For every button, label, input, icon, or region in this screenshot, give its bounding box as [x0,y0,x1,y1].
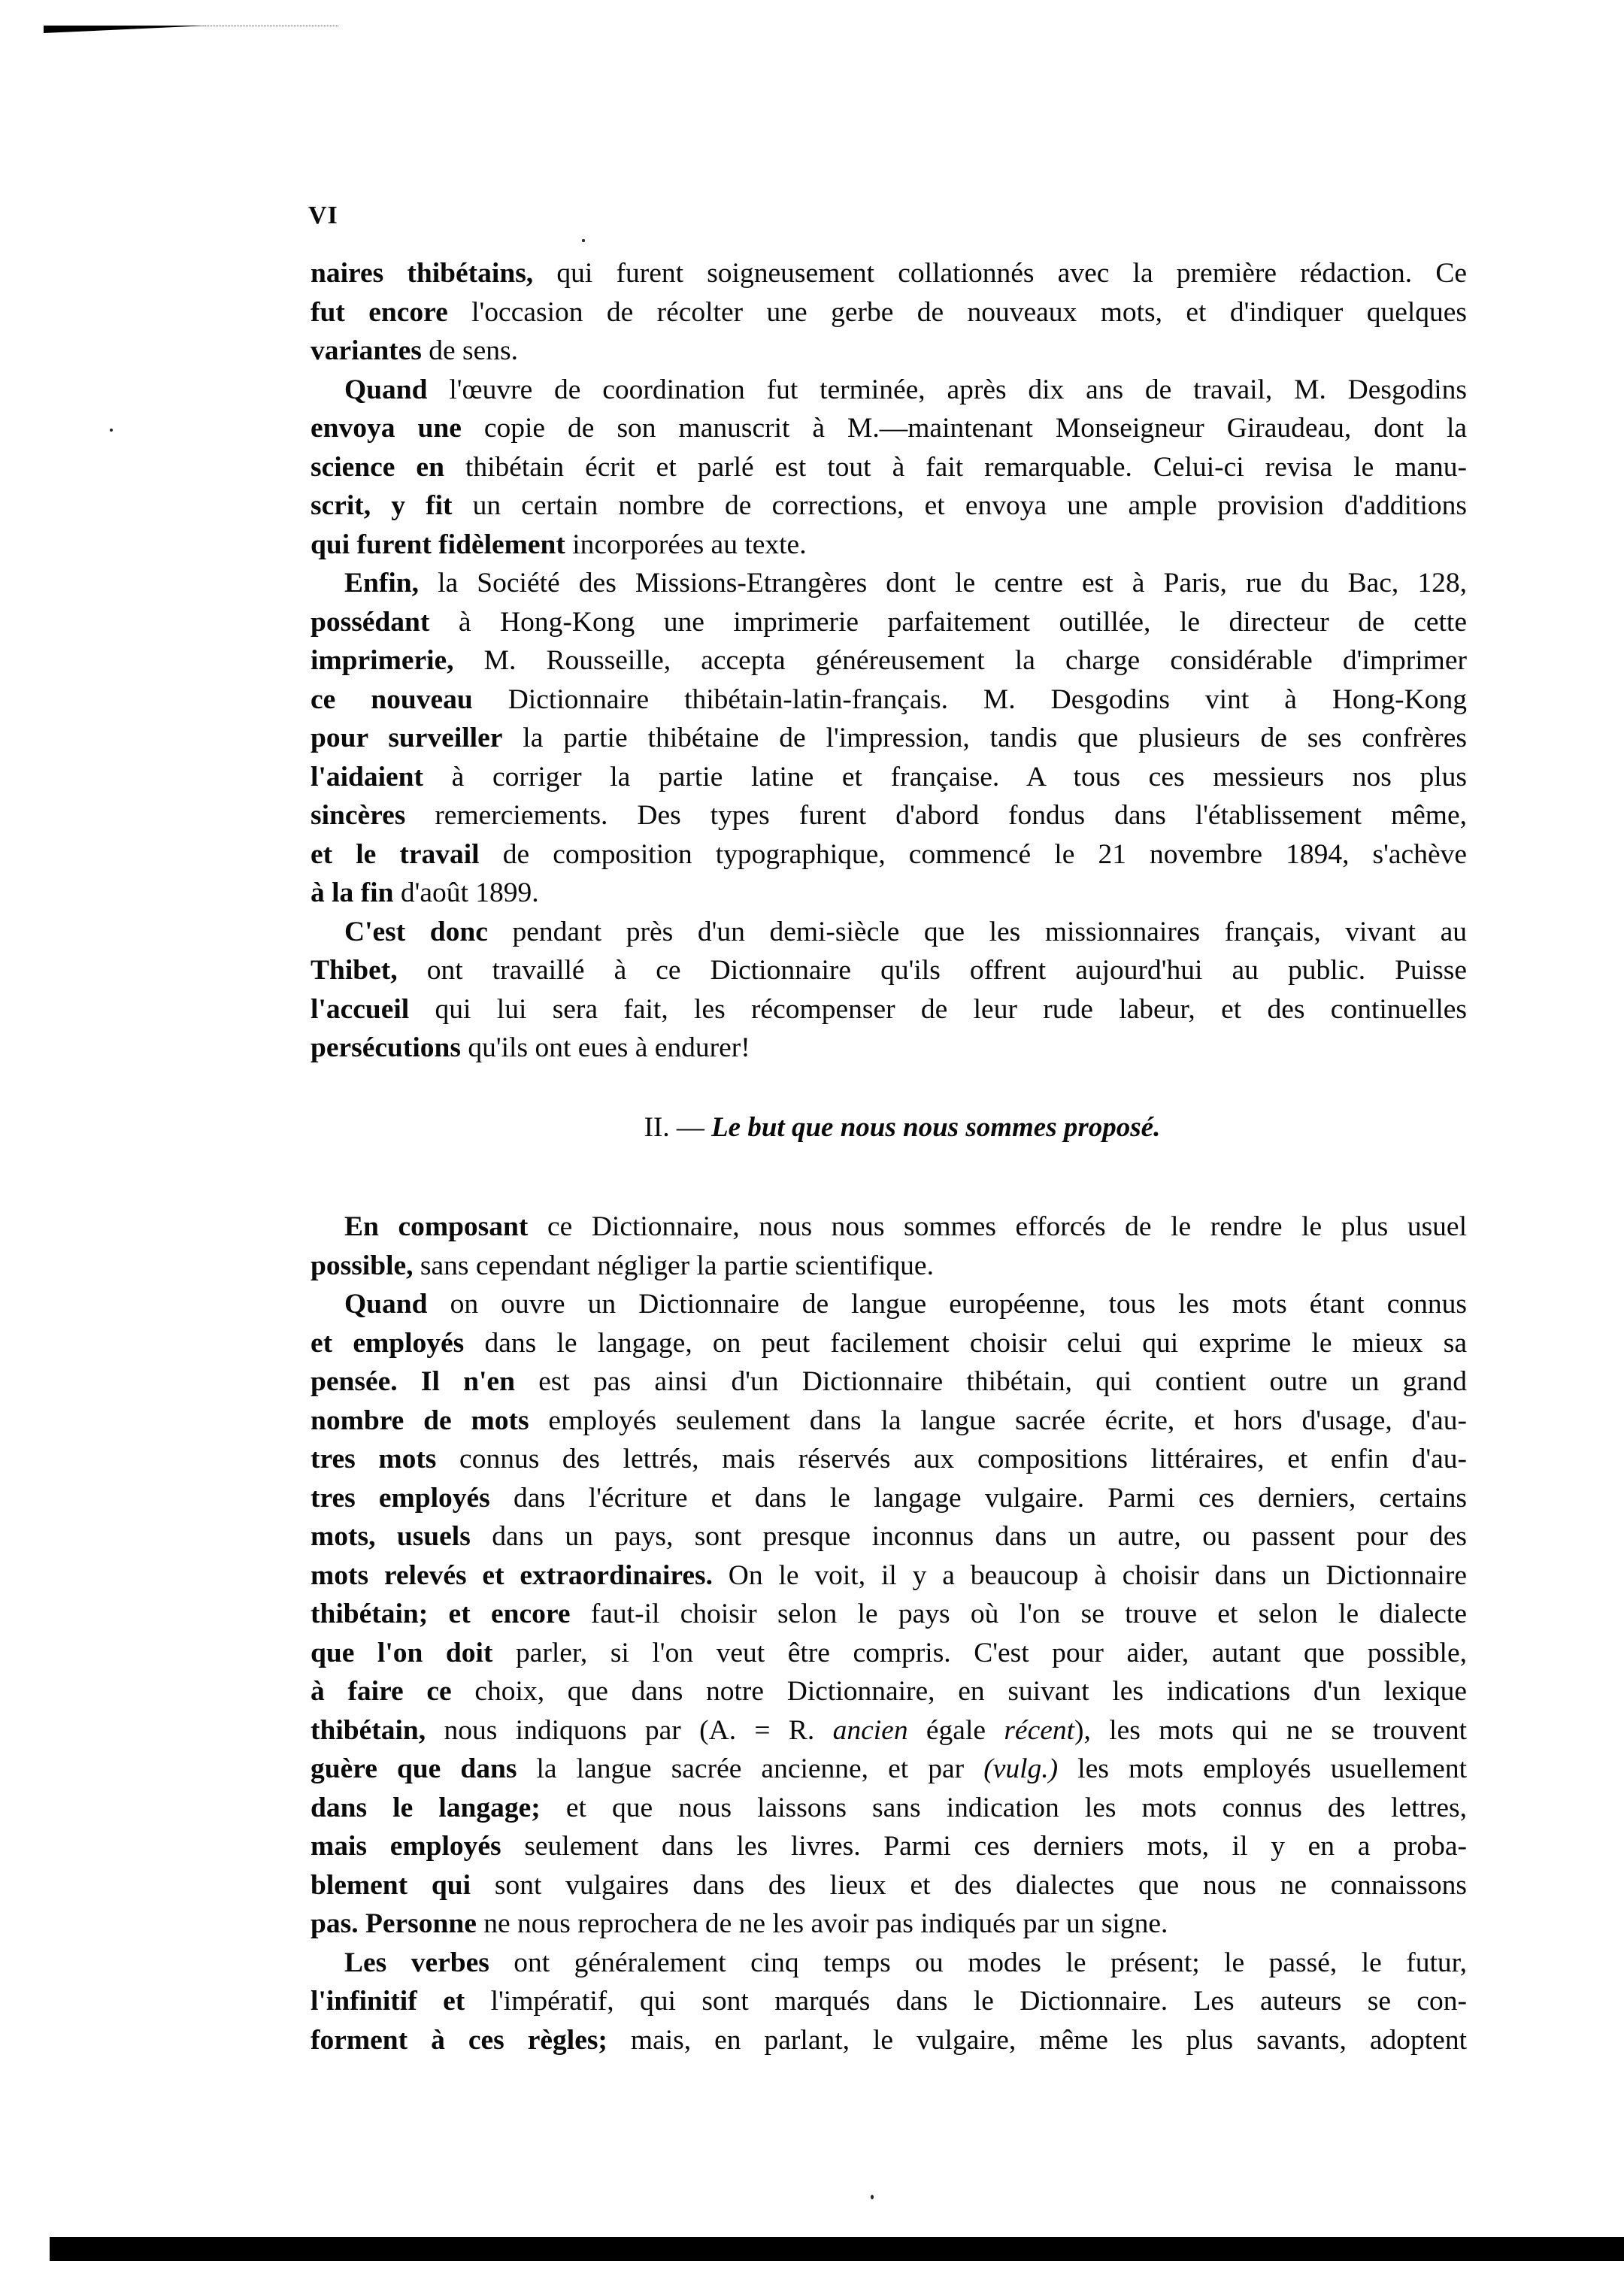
text-line: envoya une copie de son manuscrit à M.—m… [311,409,1467,448]
line-text: copie de son manuscrit à M.—maintenant M… [462,413,1467,444]
line-text: de composition typographique, commencé l… [480,839,1467,870]
text-line: blement qui sont vulgaires dans des lieu… [311,1866,1467,1905]
text-line: scrit, y fit un certain nombre de correc… [311,486,1467,526]
text-line: Quand l'œuvre de coordination fut termin… [311,371,1467,410]
line-lead-bold: pas. Personne [311,1908,477,1939]
text-line: sincères remerciements. Des types furent… [311,796,1467,835]
line-text: seulement dans les livres. Parmi ces der… [501,1831,1467,1862]
line-text: la langue sacrée ancienne, et par [517,1753,983,1784]
text-line: persécutions qu'ils ont eues à endurer! [311,1029,1467,1068]
line-lead-bold: sincères [311,800,405,831]
text-line: l'aidaient à corriger la partie latine e… [311,758,1467,797]
text-line: dans le langage; et que nous laissons sa… [311,1789,1467,1828]
line-text: ont généralement cinq temps ou modes le … [489,1947,1467,1978]
text-line: mots relevés et extraordinaires. On le v… [311,1556,1467,1596]
text-line: que l'on doit parler, si l'on veut être … [311,1634,1467,1673]
text-line: pour surveiller la partie thibétaine de … [311,719,1467,758]
line-text: un certain nombre de corrections, et env… [453,490,1467,521]
line-text: de sens. [422,335,518,366]
scan-edge-mark-tail [203,26,338,27]
text-line: variantes de sens. [311,332,1467,371]
line-text: M. Rousseille, accepta généreusement la … [454,645,1467,676]
line-text: égale [908,1715,1004,1746]
line-text: remerciements. Des types furent d'abord … [405,800,1467,831]
text-line: l'accueil qui lui sera fait, les récompe… [311,990,1467,1029]
line-text: parler, si l'on veut être compris. C'est… [492,1638,1467,1668]
line-text: on ouvre un Dictionnaire de langue europ… [428,1289,1468,1320]
section-title: Le but que nous nous sommes proposé. [711,1112,1160,1143]
line-lead-bold: imprimerie, [311,645,454,676]
text-line: guère que dans la langue sacrée ancienne… [311,1750,1467,1789]
line-text: sans cependant négliger la partie scient… [414,1250,934,1281]
line-text: ne nous reprochera de ne les avoir pas i… [477,1908,1168,1939]
line-lead-bold: à la fin [311,877,393,908]
line-text: thibétain écrit et parlé est tout à fait… [444,452,1467,483]
text-line: Enfin, la Société des Missions-Etrangère… [311,564,1467,603]
line-lead-bold: En composant [344,1211,528,1242]
line-text: dans le langage, on peut facilement choi… [464,1328,1467,1359]
text-line: naires thibétains, qui furent soigneusem… [311,254,1467,293]
line-text: à Hong-Kong une imprimerie parfaitement … [429,607,1467,638]
text-line: science en thibétain écrit et parlé est … [311,448,1467,487]
line-text: les mots employés usuellement [1058,1753,1467,1784]
text-line: l'infinitif et l'impératif, qui sont mar… [311,1982,1467,2021]
line-lead-bold: C'est donc [344,917,488,947]
line-text: la partie thibétaine de l'impression, ta… [502,723,1467,753]
text-line: possédant à Hong-Kong une imprimerie par… [311,603,1467,642]
line-text: et que nous laissons sans indication les… [541,1793,1467,1823]
body-text-part-1: naires thibétains, qui furent soigneusem… [311,254,1467,1068]
scan-bottom-edge [50,2237,1624,2261]
text-line: nombre de mots employés seulement dans l… [311,1402,1467,1441]
scan-speck [582,239,585,242]
line-text: qui furent soigneusement collationnés av… [533,258,1467,289]
line-lead-bold: forment à ces règles; [311,2025,607,2056]
scan-speck [110,429,113,432]
line-lead-bold: que l'on doit [311,1638,492,1668]
line-lead-bold: persécutions [311,1032,461,1063]
line-text: qu'ils ont eues à endurer! [461,1032,750,1063]
line-lead-bold: l'aidaient [311,762,423,792]
line-text: ont travaillé à ce Dictionnaire qu'ils o… [398,955,1467,986]
line-lead-bold: mots, usuels [311,1521,471,1552]
line-lead-bold: scrit, y fit [311,490,453,521]
line-lead-bold: naires thibétains, [311,258,533,289]
text-line: mots, usuels dans un pays, sont presque … [311,1517,1467,1556]
text-line: forment à ces règles; mais, en parlant, … [311,2021,1467,2060]
line-lead-bold: possédant [311,607,429,638]
line-text: dans l'écriture et dans le langage vulga… [490,1483,1467,1514]
line-text: choix, que dans notre Dictionnaire, en s… [452,1676,1467,1707]
text-line: Les verbes ont généralement cinq temps o… [311,1944,1467,1983]
text-line: et employés dans le langage, on peut fac… [311,1324,1467,1363]
line-lead-bold: et le travail [311,839,480,870]
line-text: sont vulgaires dans des lieux et des dia… [471,1870,1467,1901]
line-lead-bold: pour surveiller [311,723,502,753]
body-text-part-2: En composant ce Dictionnaire, nous nous … [311,1208,1467,2059]
text-line: et le travail de composition typographiq… [311,835,1467,874]
line-text: dans un pays, sont presque inconnus dans… [471,1521,1467,1552]
line-italic: récent [1004,1715,1074,1746]
page-number: VI [308,202,338,230]
line-lead-bold: science en [311,452,444,483]
line-text: connus des lettrés, mais réservés aux co… [436,1444,1467,1474]
line-lead-bold: à faire ce [311,1676,452,1707]
line-lead-bold: pensée. Il n'en [311,1366,515,1397]
line-text: l'impératif, qui sont marqués dans le Di… [465,1986,1467,2017]
line-lead-bold: mots relevés et extraordinaires. [311,1560,713,1591]
text-line: qui furent fidèlement incorporées au tex… [311,526,1467,565]
line-text: incorporées au texte. [565,529,807,560]
line-text: qui lui sera fait, les récompenser de le… [409,994,1467,1025]
scan-speck [871,2195,874,2199]
line-lead-bold: thibétain; et encore [311,1599,570,1629]
text-line: pensée. Il n'en est pas ainsi d'un Dicti… [311,1362,1467,1402]
line-text: ce Dictionnaire, nous nous sommes efforc… [528,1211,1467,1242]
line-lead-bold: Quand [344,1289,428,1320]
line-lead-bold: thibétain, [311,1715,426,1746]
line-lead-bold: blement qui [311,1870,471,1901]
scan-edge-mark [44,26,209,33]
line-text: ), les mots qui ne se trouvent [1074,1715,1467,1746]
text-line: thibétain, nous indiquons par (A. = R. a… [311,1711,1467,1750]
line-text: nous indiquons par (A. = R. [426,1715,832,1746]
line-lead-bold: qui furent fidèlement [311,529,565,560]
line-lead-bold: fut encore [311,297,448,328]
line-lead-bold: Quand [344,374,428,405]
line-lead-bold: Enfin, [344,568,419,599]
line-lead-bold: tres employés [311,1483,490,1514]
line-lead-bold: Thibet, [311,955,398,986]
text-line: thibétain; et encore faut-il choisir sel… [311,1595,1467,1634]
text-line: mais employés seulement dans les livres.… [311,1827,1467,1866]
line-text: est pas ainsi d'un Dictionnaire thibétai… [515,1366,1467,1397]
text-line: imprimerie, M. Rousseille, accepta génér… [311,641,1467,680]
line-lead-bold: mais employés [311,1831,501,1862]
line-text: On le voit, il y a beaucoup à choisir da… [713,1560,1467,1591]
line-lead-bold: tres mots [311,1444,436,1474]
line-lead-bold: dans le langage; [311,1793,541,1823]
text-line: C'est donc pendant près d'un demi-siècle… [311,913,1467,952]
line-lead-bold: ce nouveau [311,684,473,715]
section-heading: II. — Le but que nous nous sommes propos… [0,1111,1624,1144]
line-text: Dictionnaire thibétain-latin-français. M… [473,684,1467,715]
text-line: Quand on ouvre un Dictionnaire de langue… [311,1285,1467,1324]
text-line: à faire ce choix, que dans notre Diction… [311,1672,1467,1711]
text-line: tres employés dans l'écriture et dans le… [311,1479,1467,1518]
line-lead-bold: variantes [311,335,422,366]
line-text: l'occasion de récolter une gerbe de nouv… [448,297,1467,328]
line-lead-bold: nombre de mots [311,1405,529,1436]
line-text: à corriger la partie latine et française… [423,762,1467,792]
text-line: Thibet, ont travaillé à ce Dictionnaire … [311,951,1467,990]
text-line: fut encore l'occasion de récolter une ge… [311,293,1467,332]
text-line: pas. Personne ne nous reprochera de ne l… [311,1905,1467,1944]
line-italic: (vulg.) [983,1753,1058,1784]
line-lead-bold: l'infinitif et [311,1986,465,2017]
section-number: II. — [644,1112,704,1143]
text-line: possible, sans cependant négliger la par… [311,1247,1467,1286]
text-line: En composant ce Dictionnaire, nous nous … [311,1208,1467,1247]
line-lead-bold: guère que dans [311,1753,517,1784]
line-text: faut-il choisir selon le pays où l'on se… [570,1599,1467,1629]
line-lead-bold: possible, [311,1250,414,1281]
line-text: la Société des Missions-Etrangères dont … [419,568,1467,599]
line-italic: ancien [833,1715,908,1746]
text-line: à la fin d'août 1899. [311,874,1467,913]
line-text: l'œuvre de coordination fut terminée, ap… [428,374,1468,405]
line-lead-bold: Les verbes [344,1947,489,1978]
line-text: d'août 1899. [393,877,538,908]
line-lead-bold: envoya une [311,413,462,444]
line-lead-bold: et employés [311,1328,464,1359]
line-text: mais, en parlant, le vulgaire, même les … [607,2025,1467,2056]
line-text: pendant près d'un demi-siècle que les mi… [488,917,1467,947]
text-line: tres mots connus des lettrés, mais réser… [311,1440,1467,1479]
line-text: employés seulement dans la langue sacrée… [529,1405,1467,1436]
text-line: ce nouveau Dictionnaire thibétain-latin-… [311,680,1467,720]
line-lead-bold: l'accueil [311,994,409,1025]
